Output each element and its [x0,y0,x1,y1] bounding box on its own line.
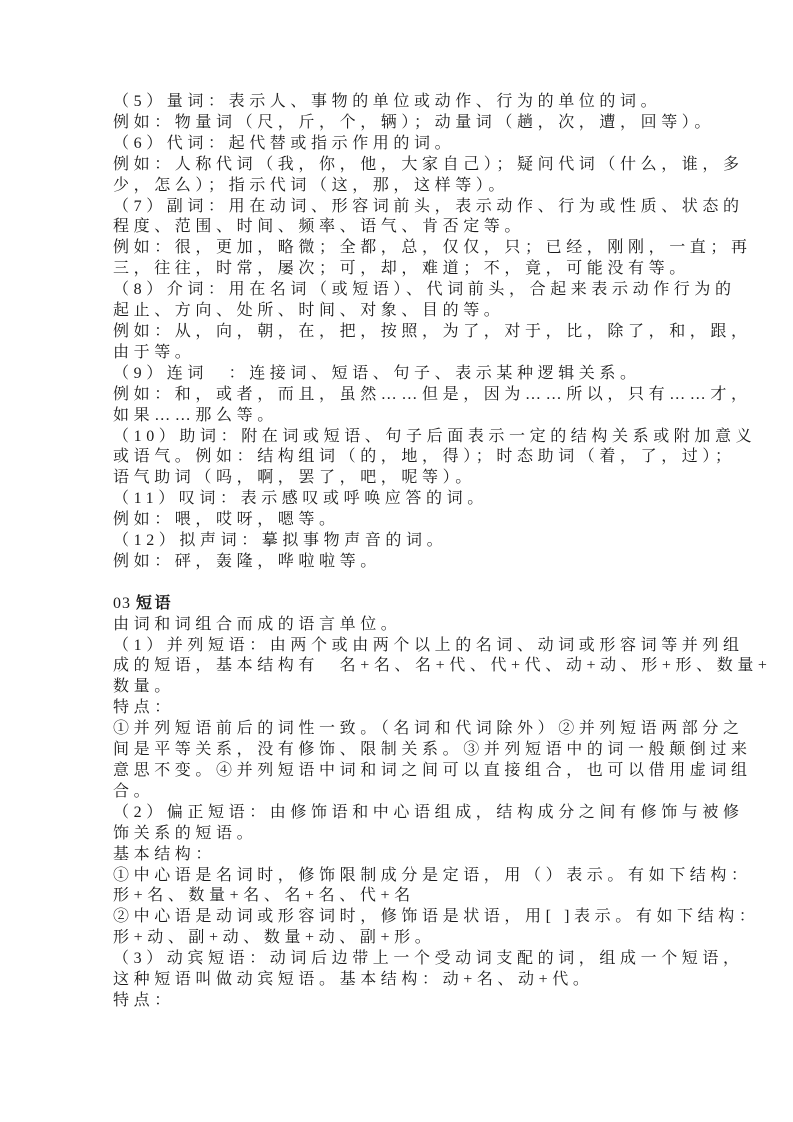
text-line: （11）叹词：表示感叹或呼唤应答的词。 [113,489,693,510]
blank-line [113,573,693,594]
text-line: 三，往往，时常，屡次；可，却，难道；不，竟，可能没有等。 [113,259,693,280]
text-line: 基本结构： [113,845,693,866]
text-line: 特点： [113,698,693,719]
text-line: （1）并列短语：由两个或由两个以上的名词、动词或形容词等并列组 [113,636,693,657]
phrases-section: 由词和词组合而成的语言单位。（1）并列短语：由两个或由两个以上的名词、动词或形容… [113,615,693,1012]
text-line: 数量。 [113,677,693,698]
text-line: 语气助词（吗，啊，罢了，吧，呢等）。 [113,468,693,489]
text-line: 或语气。例如：结构组词（的，地，得）；时态助词（着，了，过）； [113,447,693,468]
text-line: 例如：砰，轰隆，哗啦啦等。 [113,552,693,573]
text-line: ②中心语是动词或形容词时，修饰语是状语，用[ ]表示。有如下结构： [113,907,693,928]
text-line: （9）连词 ：连接词、短语、句子、表示某种逻辑关系。 [113,364,693,385]
text-line: （10）助词：附在词或短语、句子后面表示一定的结构关系或附加意义 [113,427,693,448]
text-line: 例如：人称代词（我，你，他，大家自己）；疑问代词（什么，谁，多 [113,155,693,176]
section-heading: 03短语 [113,594,693,615]
text-line: （7）副词：用在动词、形容词前头，表示动作、行为或性质、状态的 [113,197,693,218]
text-line: （3）动宾短语：动词后边带上一个受动词支配的词，组成一个短语， [113,949,693,970]
text-line: 间是平等关系，没有修饰、限制关系。③并列短语中的词一般颠倒过来 [113,740,693,761]
document-content: （5）量词：表示人、事物的单位或动作、行为的单位的词。例如：物量词（尺，斤，个，… [113,92,693,1012]
text-line: 合。 [113,782,693,803]
text-line: 例如：物量词（尺，斤，个，辆）；动量词（趟，次，遭，回等）。 [113,113,693,134]
text-line: 如果……那么等。 [113,406,693,427]
text-line: （5）量词：表示人、事物的单位或动作、行为的单位的词。 [113,92,693,113]
section-title: 短语 [136,595,173,612]
text-line: （8）介词：用在名词（或短语）、代词前头，合起来表示动作行为的 [113,280,693,301]
text-line: （2）偏正短语：由修饰语和中心语组成，结构成分之间有修饰与被修 [113,803,693,824]
text-line: 由词和词组合而成的语言单位。 [113,615,693,636]
text-line: 由于等。 [113,343,693,364]
text-line: （12）拟声词：摹拟事物声音的词。 [113,531,693,552]
word-types-section: （5）量词：表示人、事物的单位或动作、行为的单位的词。例如：物量词（尺，斤，个，… [113,92,693,573]
text-line: 这种短语叫做动宾短语。基本结构：动+名、动+代。 [113,970,693,991]
text-line: ①中心语是名词时，修饰限制成分是定语，用（）表示。有如下结构： [113,866,693,887]
text-line: 例如：从，向，朝，在，把，按照，为了，对于，比，除了，和，跟， [113,322,693,343]
text-line: （6）代词：起代替或指示作用的词。 [113,134,693,155]
text-line: 少，怎么）；指示代词（这，那，这样等）。 [113,176,693,197]
text-line: 程度、范围、时间、频率、语气、肯否定等。 [113,217,693,238]
text-line: 起止、方向、处所、时间、对象、目的等。 [113,301,693,322]
text-line: 例如：很，更加，略微；全都，总，仅仅，只；已经，刚刚，一直；再 [113,238,693,259]
text-line: 例如：喂，哎呀，嗯等。 [113,510,693,531]
text-line: 形+动、副+动、数量+动、副+形。 [113,928,693,949]
section-number: 03 [113,595,131,612]
text-line: 意思不变。④并列短语中词和词之间可以直接组合，也可以借用虚词组 [113,761,693,782]
text-line: 饰关系的短语。 [113,824,693,845]
text-line: 特点： [113,991,693,1012]
text-line: ①并列短语前后的词性一致。（名词和代词除外）②并列短语两部分之 [113,719,693,740]
text-line: 形+名、数量+名、名+名、代+名 [113,886,693,907]
text-line: 成的短语，基本结构有 名+名、名+代、代+代、动+动、形+形、数量+ [113,656,693,677]
document-page: （5）量词：表示人、事物的单位或动作、行为的单位的词。例如：物量词（尺，斤，个，… [0,0,793,1122]
text-line: 例如：和，或者，而且，虽然……但是，因为……所以，只有……才， [113,385,693,406]
